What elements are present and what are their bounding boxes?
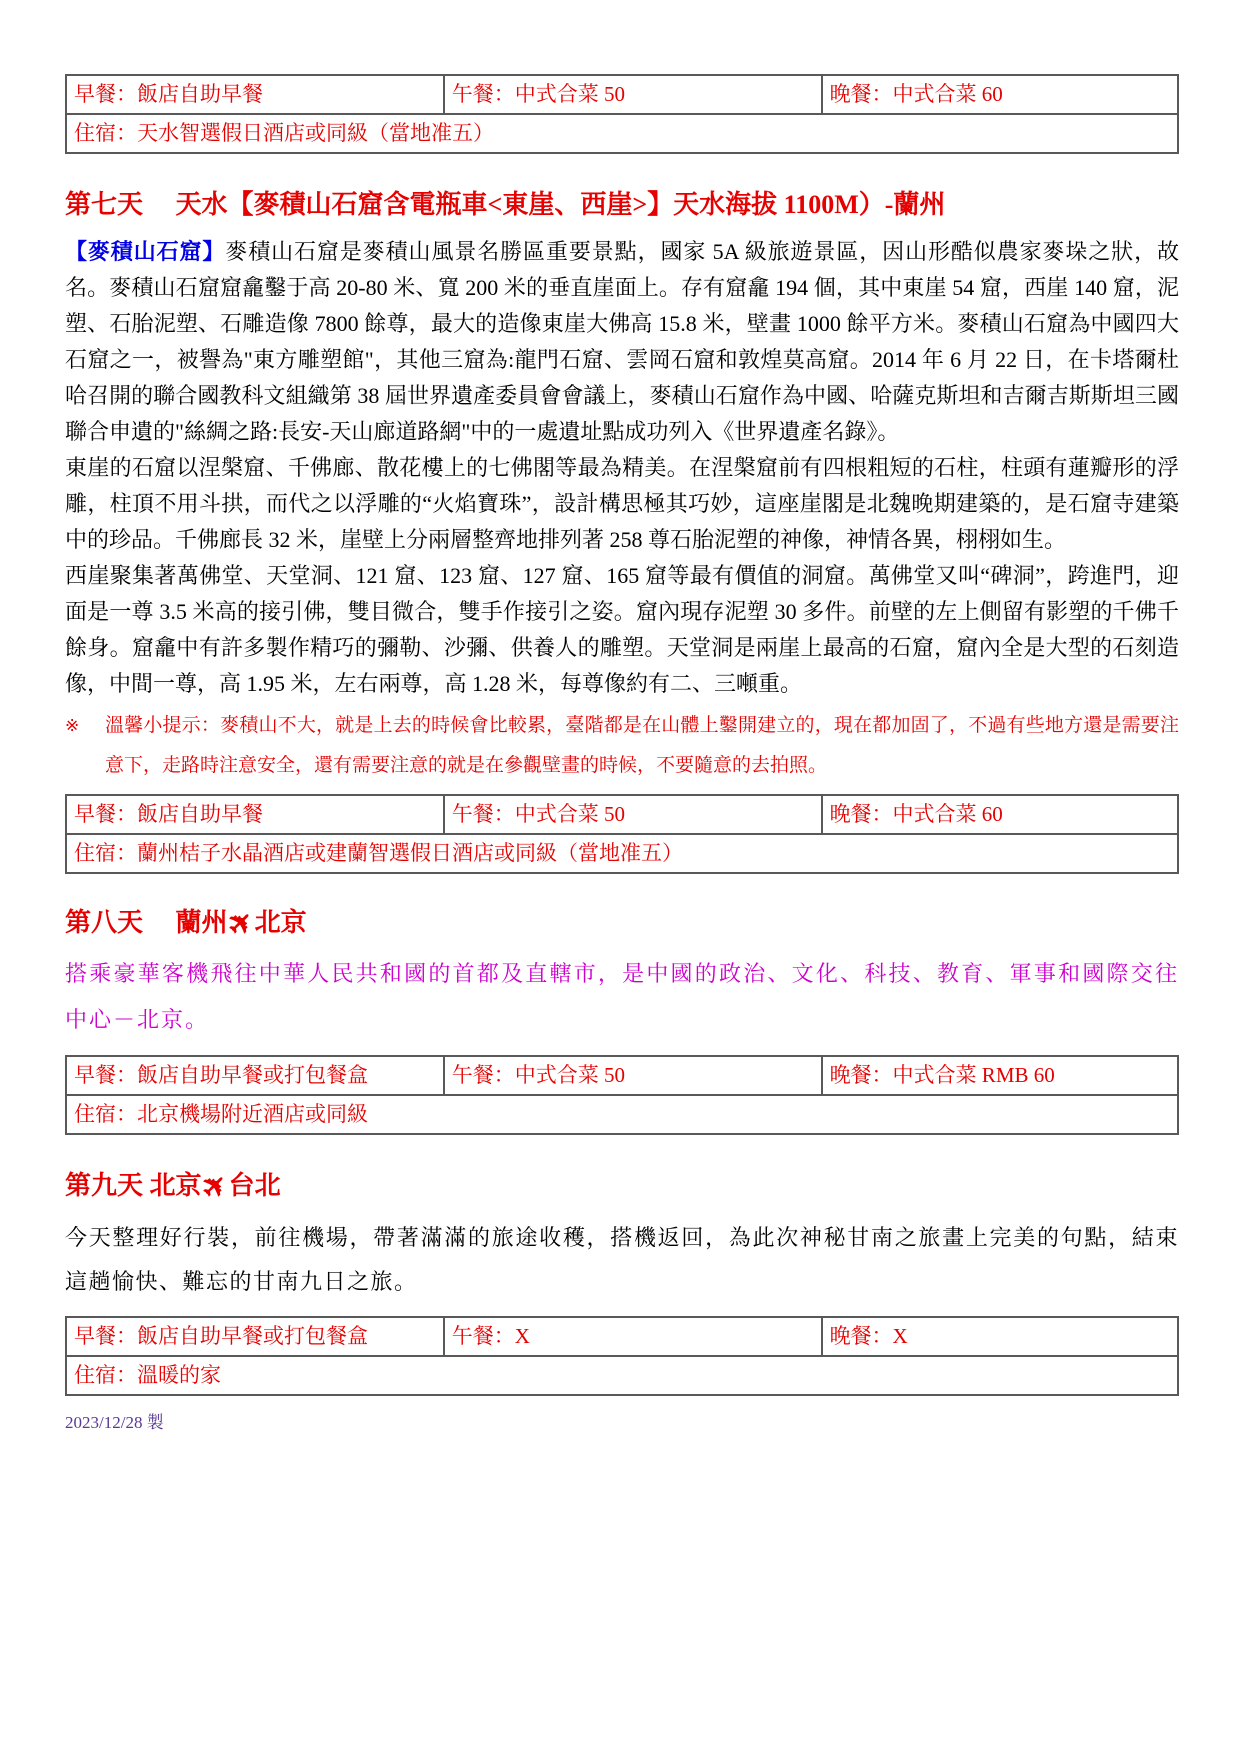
meal-table-day6: 早餐：飯店自助早餐 午餐：中式合菜 50 晚餐：中式合菜 60 住宿：天水智選假… bbox=[65, 74, 1179, 154]
day8-title-suffix: 北京 bbox=[255, 908, 307, 937]
hotel-cell: 住宿：溫暖的家 bbox=[66, 1356, 1178, 1395]
day9-title-prefix: 第九天 北京 bbox=[65, 1171, 202, 1200]
note-marker: ※ bbox=[65, 706, 105, 786]
day7-title: 第七天 天水【麥積山石窟含電瓶車<東崖、西崖>】天水海拔 1100M）-蘭州 bbox=[65, 190, 1179, 220]
day8-paragraph: 搭乘豪華客機飛往中華人民共和國的首都及直轄市，是中國的政治、文化、科技、教育、軍… bbox=[65, 951, 1179, 1043]
hotel-cell: 住宿：北京機場附近酒店或同級 bbox=[66, 1095, 1178, 1134]
meal-table-day7: 早餐：飯店自助早餐 午餐：中式合菜 50 晚餐：中式合菜 60 住宿：蘭州桔子水… bbox=[65, 794, 1179, 874]
lunch-cell: 午餐：中式合菜 50 bbox=[444, 1056, 822, 1095]
day7-paragraph-3: 西崖聚集著萬佛堂、天堂洞、121 窟、123 窟、127 窟、165 窟等最有價… bbox=[65, 558, 1179, 702]
meal-row: 早餐：飯店自助早餐 午餐：中式合菜 50 晚餐：中式合菜 60 bbox=[66, 795, 1178, 834]
day9-paragraph: 今天整理好行裝，前往機場，帶著滿滿的旅途收穫，搭機返回，為此次神秘甘南之旅畫上完… bbox=[65, 1216, 1179, 1304]
hotel-cell: 住宿：蘭州桔子水晶酒店或建蘭智選假日酒店或同級（當地准五） bbox=[66, 834, 1178, 873]
breakfast-cell: 早餐：飯店自助早餐 bbox=[66, 75, 444, 114]
note-text: 溫馨小提示：麥積山不大，就是上去的時候會比較累，臺階都是在山體上鑿開建立的，現在… bbox=[105, 706, 1179, 786]
dinner-cell: 晚餐：中式合菜 60 bbox=[822, 795, 1178, 834]
hotel-row: 住宿：蘭州桔子水晶酒店或建蘭智選假日酒店或同級（當地准五） bbox=[66, 834, 1178, 873]
attraction-label: 【麥積山石窟】 bbox=[65, 239, 225, 264]
itinerary-page: 早餐：飯店自助早餐 午餐：中式合菜 50 晚餐：中式合菜 60 住宿：天水智選假… bbox=[0, 0, 1241, 1755]
day9-title-suffix: 台北 bbox=[229, 1171, 281, 1200]
hotel-row: 住宿：溫暖的家 bbox=[66, 1356, 1178, 1395]
meal-row: 早餐：飯店自助早餐或打包餐盒 午餐：中式合菜 50 晚餐：中式合菜 RMB 60 bbox=[66, 1056, 1178, 1095]
tip-note: ※ 溫馨小提示：麥積山不大，就是上去的時候會比較累，臺階都是在山體上鑿開建立的，… bbox=[65, 706, 1179, 786]
lunch-cell: 午餐：中式合菜 50 bbox=[444, 795, 822, 834]
day7-paragraph-2: 東崖的石窟以涅槃窟、千佛廊、散花樓上的七佛閣等最為精美。在涅槃窟前有四根粗短的石… bbox=[65, 450, 1179, 558]
breakfast-cell: 早餐：飯店自助早餐或打包餐盒 bbox=[66, 1056, 444, 1095]
day9-title: 第九天 北京✈台北 bbox=[65, 1171, 1179, 1202]
document-date: 2023/12/28 製 bbox=[65, 1408, 1179, 1433]
hotel-row: 住宿：天水智選假日酒店或同級（當地准五） bbox=[66, 114, 1178, 153]
breakfast-cell: 早餐：飯店自助早餐或打包餐盒 bbox=[66, 1317, 444, 1356]
day7-intro-paragraph: 【麥積山石窟】麥積山石窟是麥積山風景名勝區重要景點，國家 5A 級旅遊景區，因山… bbox=[65, 234, 1179, 450]
day7-paragraph-1-text: 麥積山石窟是麥積山風景名勝區重要景點，國家 5A 級旅遊景區，因山形酷似農家麥垛… bbox=[65, 239, 1179, 444]
breakfast-cell: 早餐：飯店自助早餐 bbox=[66, 795, 444, 834]
day8-title-prefix: 第八天 蘭州 bbox=[65, 908, 228, 937]
dinner-cell: 晚餐：X bbox=[822, 1317, 1178, 1356]
meal-table-day8: 早餐：飯店自助早餐或打包餐盒 午餐：中式合菜 50 晚餐：中式合菜 RMB 60… bbox=[65, 1055, 1179, 1135]
dinner-cell: 晚餐：中式合菜 RMB 60 bbox=[822, 1056, 1178, 1095]
day8-title: 第八天 蘭州✈北京 bbox=[65, 908, 1179, 939]
hotel-cell: 住宿：天水智選假日酒店或同級（當地准五） bbox=[66, 114, 1178, 153]
lunch-cell: 午餐：X bbox=[444, 1317, 822, 1356]
meal-row: 早餐：飯店自助早餐 午餐：中式合菜 50 晚餐：中式合菜 60 bbox=[66, 75, 1178, 114]
meal-table-day9: 早餐：飯店自助早餐或打包餐盒 午餐：X 晚餐：X 住宿：溫暖的家 bbox=[65, 1316, 1179, 1396]
meal-row: 早餐：飯店自助早餐或打包餐盒 午餐：X 晚餐：X bbox=[66, 1317, 1178, 1356]
lunch-cell: 午餐：中式合菜 50 bbox=[444, 75, 822, 114]
dinner-cell: 晚餐：中式合菜 60 bbox=[822, 75, 1178, 114]
hotel-row: 住宿：北京機場附近酒店或同級 bbox=[66, 1095, 1178, 1134]
